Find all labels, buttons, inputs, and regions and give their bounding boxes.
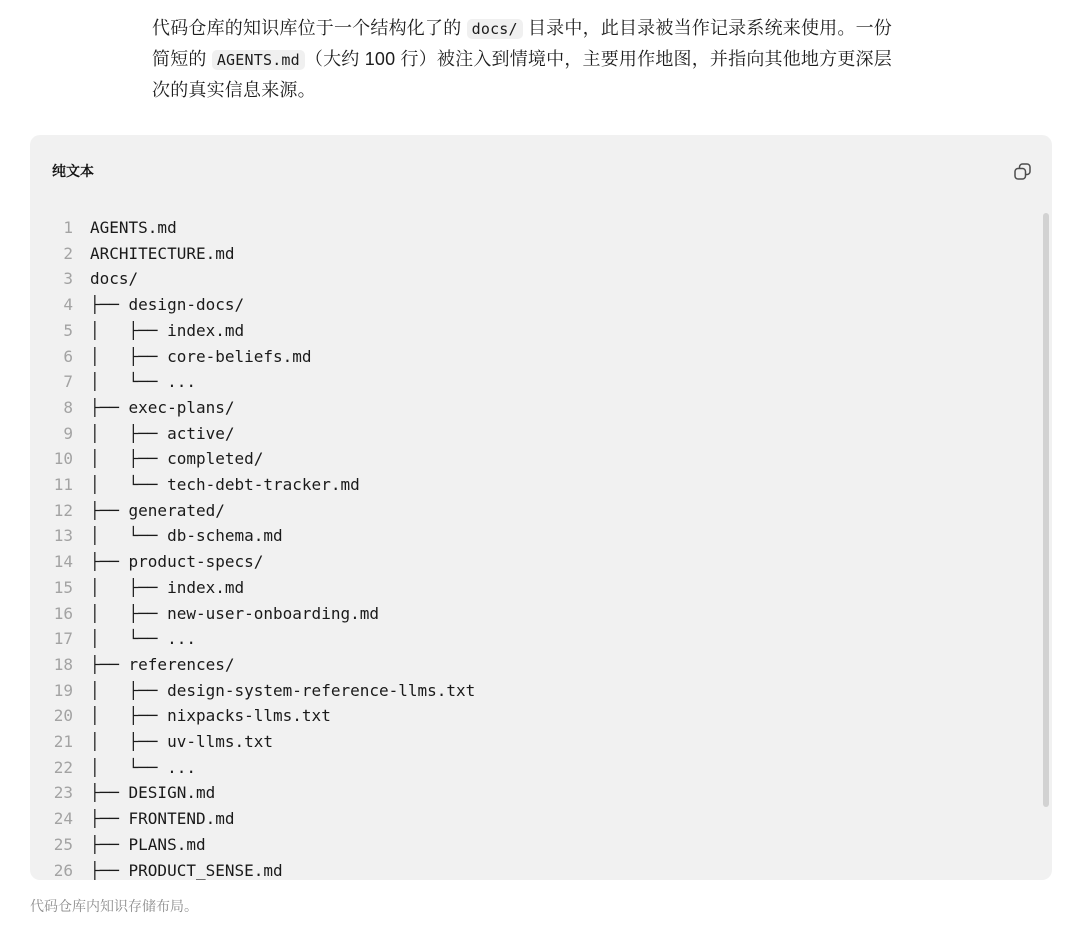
code-line: 23├── DESIGN.md [30, 780, 1040, 806]
code-line-text: │ ├── index.md [73, 575, 244, 601]
code-line-text: │ ├── core-beliefs.md [73, 344, 312, 370]
line-number: 17 [30, 626, 73, 652]
code-line-text: │ ├── design-system-reference-llms.txt [73, 678, 475, 704]
code-line-text: │ ├── uv-llms.txt [73, 729, 273, 755]
figure-caption: 代码仓库内知识存储布局。 [30, 896, 198, 916]
code-line-text: ├── design-docs/ [73, 292, 244, 318]
code-line-text: ├── references/ [73, 652, 235, 678]
code-line-text: │ ├── completed/ [73, 446, 263, 472]
code-line: 14├── product-specs/ [30, 549, 1040, 575]
code-line: 13│ └── db-schema.md [30, 523, 1040, 549]
line-number: 4 [30, 292, 73, 318]
line-number: 8 [30, 395, 73, 421]
inline-code: AGENTS.md [212, 50, 305, 70]
code-line-text: ├── DESIGN.md [73, 780, 215, 806]
code-line-text: ├── exec-plans/ [73, 395, 235, 421]
line-number: 14 [30, 549, 73, 575]
code-line: 2ARCHITECTURE.md [30, 241, 1040, 267]
code-line: 3docs/ [30, 266, 1040, 292]
code-line-text: │ └── db-schema.md [73, 523, 283, 549]
line-number: 6 [30, 344, 73, 370]
code-line: 1AGENTS.md [30, 215, 1040, 241]
code-line-text: │ ├── active/ [73, 421, 235, 447]
line-number: 22 [30, 755, 73, 781]
code-line: 19│ ├── design-system-reference-llms.txt [30, 678, 1040, 704]
line-number: 7 [30, 369, 73, 395]
code-line-text: ├── product-specs/ [73, 549, 263, 575]
vertical-scrollbar-thumb[interactable] [1043, 213, 1049, 807]
code-line: 25├── PLANS.md [30, 832, 1040, 858]
line-number: 16 [30, 601, 73, 627]
code-line-text: │ ├── new-user-onboarding.md [73, 601, 379, 627]
code-line-text: │ └── ... [73, 369, 196, 395]
code-line: 21│ ├── uv-llms.txt [30, 729, 1040, 755]
code-line-text: │ └── ... [73, 626, 196, 652]
line-number: 15 [30, 575, 73, 601]
code-line: 17│ └── ... [30, 626, 1040, 652]
line-number: 9 [30, 421, 73, 447]
code-content[interactable]: 1AGENTS.md2ARCHITECTURE.md3docs/4├── des… [30, 215, 1040, 880]
code-block-header: 纯文本 [52, 160, 1032, 182]
code-line: 8├── exec-plans/ [30, 395, 1040, 421]
line-number: 18 [30, 652, 73, 678]
copy-button[interactable] [1012, 161, 1032, 181]
code-line: 24├── FRONTEND.md [30, 806, 1040, 832]
code-line-text: │ └── tech-debt-tracker.md [73, 472, 360, 498]
inline-code: docs/ [467, 19, 523, 39]
code-line: 16│ ├── new-user-onboarding.md [30, 601, 1040, 627]
code-line: 26├── PRODUCT_SENSE.md [30, 858, 1040, 880]
code-line-text: AGENTS.md [73, 215, 177, 241]
line-number: 20 [30, 703, 73, 729]
code-line: 15│ ├── index.md [30, 575, 1040, 601]
line-number: 12 [30, 498, 73, 524]
code-line-text: ├── FRONTEND.md [73, 806, 235, 832]
line-number: 19 [30, 678, 73, 704]
line-number: 13 [30, 523, 73, 549]
line-number: 25 [30, 832, 73, 858]
code-line: 4├── design-docs/ [30, 292, 1040, 318]
code-line: 12├── generated/ [30, 498, 1040, 524]
line-number: 24 [30, 806, 73, 832]
code-block-card: 纯文本 1AGENTS.md2ARCHITECTURE.md3docs/4├──… [30, 135, 1052, 880]
code-line: 9│ ├── active/ [30, 421, 1040, 447]
code-line: 7│ └── ... [30, 369, 1040, 395]
line-number: 1 [30, 215, 73, 241]
line-number: 10 [30, 446, 73, 472]
code-language-label: 纯文本 [52, 161, 94, 181]
code-line-text: │ ├── nixpacks-llms.txt [73, 703, 331, 729]
intro-paragraph: 代码仓库的知识库位于一个结构化了的 docs/ 目录中，此目录被当作记录系统来使… [152, 13, 900, 105]
line-number: 21 [30, 729, 73, 755]
line-number: 23 [30, 780, 73, 806]
text-run: 代码仓库的知识库位于一个结构化了的 [152, 18, 467, 38]
code-line: 5│ ├── index.md [30, 318, 1040, 344]
line-number: 5 [30, 318, 73, 344]
code-line: 20│ ├── nixpacks-llms.txt [30, 703, 1040, 729]
code-line-text: docs/ [73, 266, 138, 292]
copy-icon [1013, 162, 1032, 181]
code-line: 22│ └── ... [30, 755, 1040, 781]
line-number: 26 [30, 858, 73, 880]
article-page: 代码仓库的知识库位于一个结构化了的 docs/ 目录中，此目录被当作记录系统来使… [0, 0, 1080, 927]
code-line: 11│ └── tech-debt-tracker.md [30, 472, 1040, 498]
code-line: 6│ ├── core-beliefs.md [30, 344, 1040, 370]
line-number: 2 [30, 241, 73, 267]
code-line-text: │ └── ... [73, 755, 196, 781]
code-line-text: ├── PRODUCT_SENSE.md [73, 858, 283, 880]
code-line: 10│ ├── completed/ [30, 446, 1040, 472]
code-line-text: ├── PLANS.md [73, 832, 206, 858]
code-line-text: ARCHITECTURE.md [73, 241, 235, 267]
code-line-text: │ ├── index.md [73, 318, 244, 344]
line-number: 11 [30, 472, 73, 498]
code-line-text: ├── generated/ [73, 498, 225, 524]
code-line: 18├── references/ [30, 652, 1040, 678]
line-number: 3 [30, 266, 73, 292]
